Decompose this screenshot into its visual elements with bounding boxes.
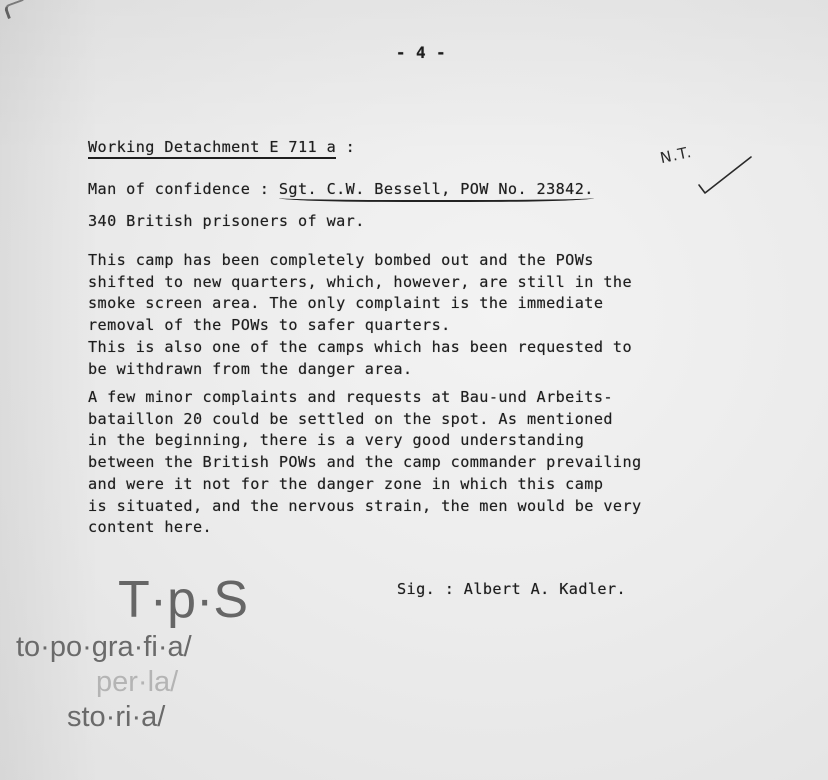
paragraph-line: in the beginning, there is a very good u… — [88, 430, 642, 452]
paragraph-line: This camp has been completely bombed out… — [88, 250, 632, 272]
paragraph-line: between the British POWs and the camp co… — [88, 452, 642, 474]
section-heading-colon: : — [336, 138, 355, 156]
watermark-line-1: to·po·gra·fi·a/ — [16, 630, 192, 664]
page-number: - 4 - — [0, 43, 828, 62]
paragraph-line: be withdrawn from the danger area. — [88, 359, 632, 381]
checkmark-icon — [697, 155, 753, 195]
watermark-line-2: per·la/ — [96, 665, 178, 699]
watermark-line-3: sto·ri·a/ — [67, 700, 165, 734]
section-heading-text: Working Detachment E 711 a — [88, 138, 336, 159]
staple-mark — [3, 0, 28, 19]
paragraph-line: This is also one of the camps which has … — [88, 337, 632, 359]
paragraph-complaints: A few minor complaints and requests at B… — [88, 387, 642, 539]
paragraph-camp-status: This camp has been completely bombed out… — [88, 250, 632, 380]
watermark-title: T·p·S — [118, 570, 248, 630]
man-of-confidence-value: Sgt. C.W. Bessell, POW No. 23842. — [279, 180, 594, 202]
section-heading: Working Detachment E 711 a : — [88, 138, 355, 156]
prisoner-count: 340 British prisoners of war. — [88, 212, 365, 230]
handwritten-initials: N.T. — [658, 143, 693, 167]
paragraph-line: content here. — [88, 517, 642, 539]
signature: Sig. : Albert A. Kadler. — [397, 580, 626, 598]
man-of-confidence-line: Man of confidence : Sgt. C.W. Bessell, P… — [88, 180, 594, 198]
paragraph-line: smoke screen area. The only complaint is… — [88, 293, 632, 315]
paragraph-line: removal of the POWs to safer quarters. — [88, 315, 632, 337]
paragraph-line: A few minor complaints and requests at B… — [88, 387, 642, 409]
paragraph-line: is situated, and the nervous strain, the… — [88, 496, 642, 518]
paragraph-line: and were it not for the danger zone in w… — [88, 474, 642, 496]
paragraph-line: bataillon 20 could be settled on the spo… — [88, 409, 642, 431]
paragraph-line: shifted to new quarters, which, however,… — [88, 272, 632, 294]
man-of-confidence-label: Man of confidence : — [88, 180, 279, 198]
